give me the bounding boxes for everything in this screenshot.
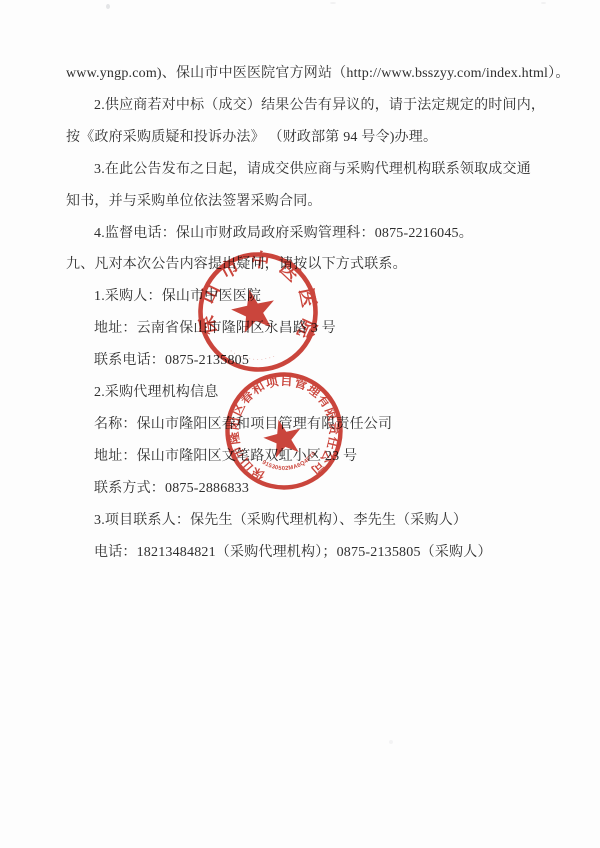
line-project-contacts: 3.项目联系人：保先生（采购代理机构）、李先生（采购人）	[66, 505, 558, 537]
line-agency-address: 地址：保山市隆阳区文笔路双虹小区 23 号	[66, 441, 558, 473]
line-objection-rule: 2.供应商若对中标（成交）结果公告有异议的，请于法定规定的时间内，	[66, 90, 558, 122]
line-contact-phones: 电话：18213484821（采购代理机构）；0875-2135805（采购人）	[66, 537, 558, 569]
line-agency-name: 名称：保山市隆阳区春和项目管理有限责任公司	[66, 409, 558, 441]
scan-speck	[389, 740, 393, 744]
line-award-notice-cont: 知书，并与采购单位依法签署采购合同。	[66, 186, 558, 218]
line-website-continuation: www.yngp.com)、保山市中医医院官方网站（http://www.bss…	[66, 58, 558, 90]
line-agency-section: 2.采购代理机构信息	[66, 377, 558, 409]
line-purchaser-name: 1.采购人：保山市中医医院	[66, 281, 558, 313]
line-supervision-phone: 4.监督电话：保山市财政局政府采购管理科：0875-2216045。	[66, 218, 558, 250]
line-purchaser-phone: 联系电话：0875-2135805	[66, 345, 558, 377]
scan-speck	[541, 2, 546, 4]
document-body: www.yngp.com)、保山市中医医院官方网站（http://www.bss…	[66, 58, 558, 569]
line-objection-rule-cont: 按《政府采购质疑和投诉办法》 （财政部第 94 号令)办理。	[66, 122, 558, 154]
line-section-nine-heading: 九、凡对本次公告内容提出疑问，请按以下方式联系。	[66, 249, 558, 281]
line-award-notice: 3.在此公告发布之日起，请成交供应商与采购代理机构联系领取成交通	[66, 154, 558, 186]
scanned-document-page: www.yngp.com)、保山市中医医院官方网站（http://www.bss…	[0, 0, 600, 848]
line-agency-contact: 联系方式：0875-2886833	[66, 473, 558, 505]
scan-speck	[330, 2, 336, 4]
line-purchaser-address: 地址：云南省保山市隆阳区永昌路 3 号	[66, 313, 558, 345]
scan-speck	[106, 4, 110, 9]
